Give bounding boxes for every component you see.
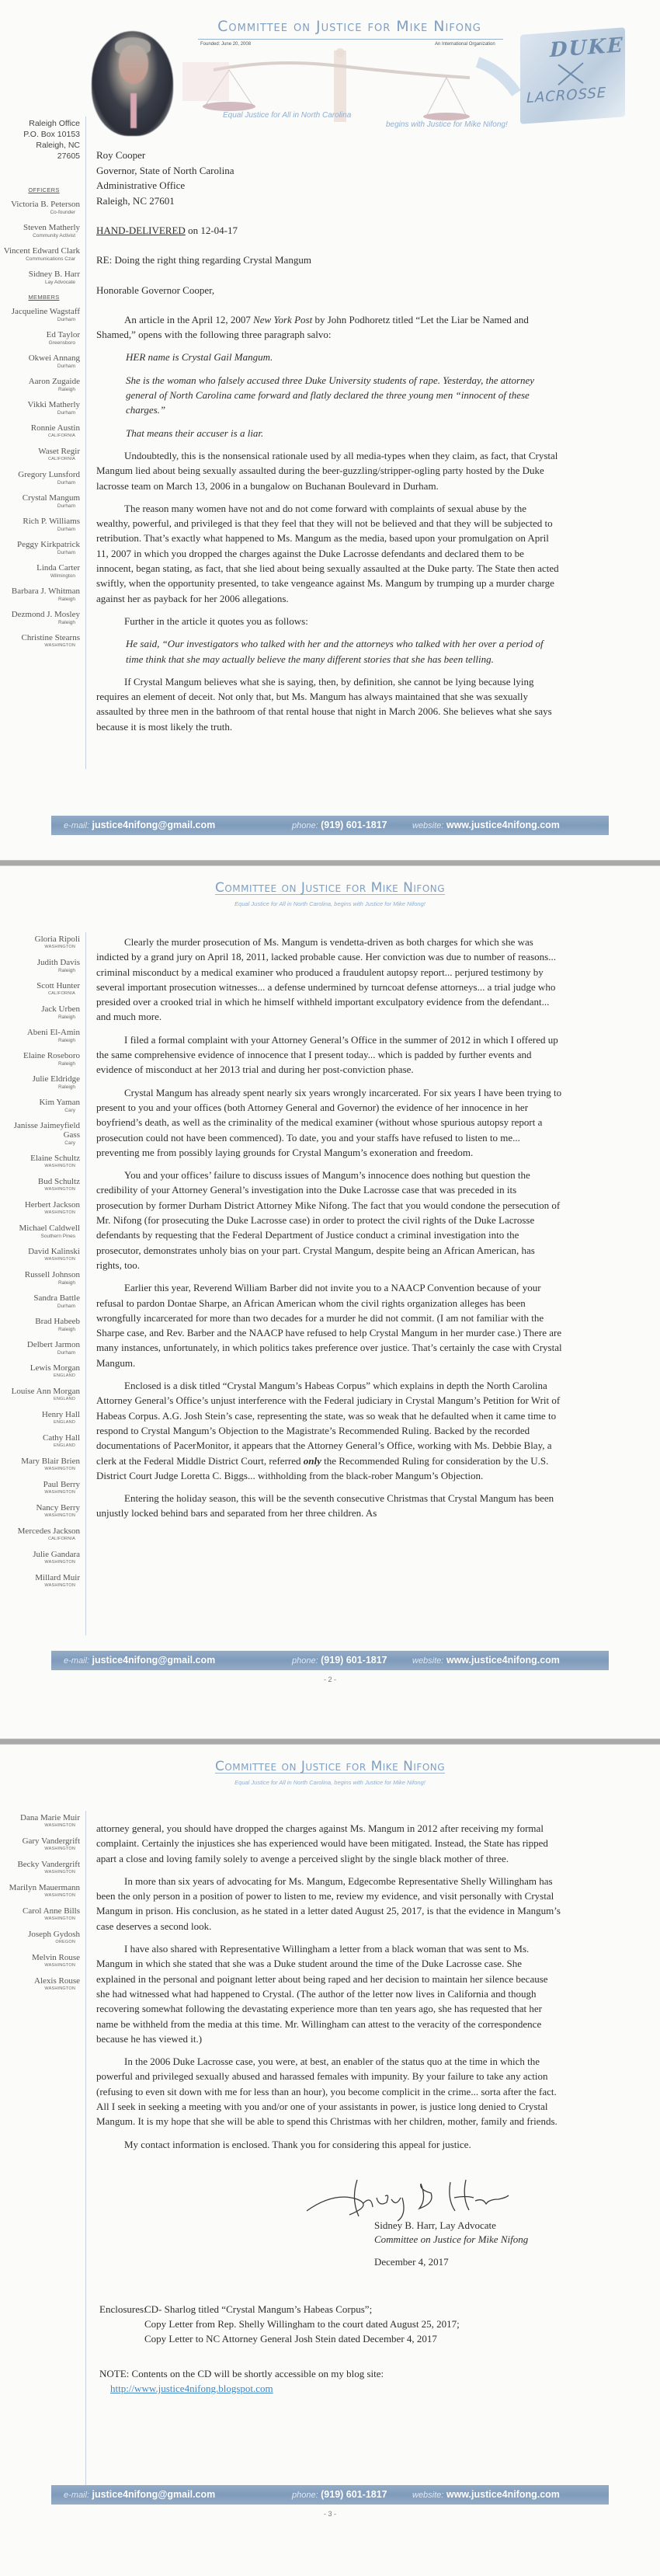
person-location: ENGLAND xyxy=(0,1443,80,1450)
logo-line1: DUKE xyxy=(550,33,624,62)
motto-part2: begins with Justice for Mike Nifong! xyxy=(386,120,508,129)
portrait-photo xyxy=(92,31,173,136)
person-name: Julie Gandara xyxy=(0,1550,80,1559)
person-name: Bud Schultz xyxy=(0,1177,80,1186)
signer-name: Sidney B. Harr, Lay Advocate xyxy=(374,2219,528,2233)
person-name: Louise Ann Morgan xyxy=(0,1387,80,1396)
person-name: Cathy Hall xyxy=(0,1433,80,1443)
person-name: Becky Vandergrift xyxy=(0,1860,80,1869)
sidebar-person: Linda CarterWilmington xyxy=(0,563,80,580)
person-name: Elaine Schultz xyxy=(0,1154,80,1163)
website-label: website: xyxy=(412,1656,443,1666)
org-title: Committee on Justice for Mike Nifong xyxy=(0,1759,660,1774)
page-separator xyxy=(0,860,660,866)
person-role: Communications Czar xyxy=(0,256,80,263)
person-name: Waset Regir xyxy=(0,447,80,456)
person-location: ENGLAND xyxy=(0,1396,80,1403)
sidebar-person: Ed TaylorGreensboro xyxy=(0,330,80,346)
paragraph: My contact information is enclosed. Than… xyxy=(96,2137,562,2152)
sidebar-person: Julie GandaraWASHINGTON xyxy=(0,1550,80,1566)
sidebar-divider xyxy=(85,932,86,1635)
sidebar-person: Dezmond J. MosleyRaleigh xyxy=(0,610,80,626)
enclosure-item: Copy Letter from Rep. Shelly Willingham … xyxy=(144,2317,460,2331)
person-location: Durham xyxy=(0,1349,80,1356)
person-location: CALIFORNIA xyxy=(0,990,80,997)
sidebar-person: Judith DavisRaleigh xyxy=(0,958,80,974)
person-name: Vincent Edward Clark xyxy=(0,246,80,256)
sidebar-person: Millard MuirWASHINGTON xyxy=(0,1573,80,1589)
person-role: Lay Advocate xyxy=(0,279,80,286)
person-name: Brad Habeeb xyxy=(0,1317,80,1326)
person-location: Raleigh xyxy=(0,619,80,626)
email-label: e-mail: xyxy=(64,2491,89,2500)
website-link[interactable]: www.justice4nifong.com xyxy=(446,820,560,830)
person-name: Delbert Jarmon xyxy=(0,1340,80,1349)
person-location: Raleigh xyxy=(0,1084,80,1091)
letter-page-2: Committee on Justice for Mike Nifong Equ… xyxy=(0,866,660,1739)
person-name: Herbert Jackson xyxy=(0,1200,80,1210)
person-location: WASHINGTON xyxy=(0,1186,80,1193)
logo-line2: LACROSSE xyxy=(526,85,606,106)
person-name: Carol Anne Bills xyxy=(0,1906,80,1916)
person-location: WASHINGTON xyxy=(0,1256,80,1263)
block-quote: That means their accuser is a liar. xyxy=(96,426,562,440)
page-number: - 3 - xyxy=(0,2510,660,2518)
sidebar-person: Herbert JacksonWASHINGTON xyxy=(0,1200,80,1217)
person-location: Raleigh xyxy=(0,967,80,974)
sidebar-person: Michael CaldwellSouthern Pines xyxy=(0,1224,80,1240)
members-heading: MEMBERS xyxy=(0,294,80,301)
email-link[interactable]: justice4nifong@gmail.com xyxy=(92,1655,216,1666)
person-name: Rich P. Williams xyxy=(0,517,80,526)
person-name: Janisse Jaimeyfield Gass xyxy=(0,1121,80,1140)
sidebar-person: Melvin RouseWASHINGTON xyxy=(0,1953,80,1969)
sidebar-person: Rich P. WilliamsDurham xyxy=(0,517,80,533)
person-location: Wilmington xyxy=(0,573,80,580)
sidebar-person: Jack UrbenRaleigh xyxy=(0,1004,80,1021)
officers-heading: OFFICERS xyxy=(0,186,80,193)
sidebar-person: Julie EldridgeRaleigh xyxy=(0,1074,80,1091)
sidebar-person: Christine StearnsWASHINGTON xyxy=(0,633,80,649)
person-location: Raleigh xyxy=(0,386,80,393)
paragraph: You and your offices’ failure to discuss… xyxy=(96,1168,562,1272)
sidebar-person: Sandra BattleDurham xyxy=(0,1293,80,1310)
delivery-line: HAND-DELIVERED on 12-04-17 xyxy=(96,223,562,238)
person-location: WASHINGTON xyxy=(0,642,80,649)
person-name: Paul Berry xyxy=(0,1480,80,1489)
enclosure-item: Copy Letter to NC Attorney General Josh … xyxy=(144,2331,437,2346)
person-location: OREGON xyxy=(0,1939,80,1946)
sidebar-person: Cathy HallENGLAND xyxy=(0,1433,80,1450)
sidebar-person: Gloria RipoliWASHINGTON xyxy=(0,935,80,951)
person-location: Durham xyxy=(0,479,80,486)
person-location: Raleigh xyxy=(0,1279,80,1286)
person-location: Durham xyxy=(0,526,80,533)
block-quote: She is the woman who falsely accused thr… xyxy=(96,373,562,418)
person-name: Sandra Battle xyxy=(0,1293,80,1303)
website-label: website: xyxy=(412,821,443,830)
signature-icon xyxy=(303,2176,512,2223)
paragraph: An article in the April 12, 2007 New Yor… xyxy=(96,312,562,343)
person-role: Co-founder xyxy=(0,209,80,216)
recipient-name: Roy Cooper xyxy=(96,148,562,163)
person-location: Durham xyxy=(0,549,80,556)
person-location: WASHINGTON xyxy=(0,1513,80,1519)
sidebar-person: Aaron ZugaideRaleigh xyxy=(0,377,80,393)
paragraph: If Crystal Mangum believes what she is s… xyxy=(96,674,562,734)
person-role: Community Activist xyxy=(0,232,80,239)
phone-number: (919) 601-1817 xyxy=(321,820,387,830)
sidebar-person: Henry HallENGLAND xyxy=(0,1410,80,1426)
phone-number: (919) 601-1817 xyxy=(321,1655,387,1666)
person-name: Mercedes Jackson xyxy=(0,1526,80,1536)
re-line: RE: Doing the right thing regarding Crys… xyxy=(96,252,562,267)
paragraph: Entering the holiday season, this will b… xyxy=(96,1491,562,1521)
person-name: David Kalinski xyxy=(0,1247,80,1256)
sidebar-person: Joseph GydoshOREGON xyxy=(0,1930,80,1946)
person-name: Jack Urben xyxy=(0,1004,80,1014)
phone-number: (919) 601-1817 xyxy=(321,2489,387,2500)
paragraph: In the 2006 Duke Lacrosse case, you were… xyxy=(96,2054,562,2129)
sidebar-person: Mary Blair BrienWASHINGTON xyxy=(0,1457,80,1473)
paragraph: Further in the article it quotes you as … xyxy=(96,614,562,628)
enclosure-item: CD- Sharlog titled “Crystal Mangum’s Hab… xyxy=(144,2302,372,2317)
enclosures-label: Enclosures: xyxy=(99,2302,144,2317)
sidebar-page3: Dana Marie MuirWASHINGTONGary Vandergrif… xyxy=(0,1813,80,2000)
person-name: Judith Davis xyxy=(0,958,80,967)
paragraph: I filed a formal complaint with your Att… xyxy=(96,1032,562,1077)
blog-link[interactable]: http://www.justice4nifong.blogspot.com xyxy=(110,2383,273,2394)
office-line: Raleigh Office xyxy=(0,118,80,129)
website-link[interactable]: www.justice4nifong.com xyxy=(446,2489,560,2500)
sidebar-person: Elaine SchultzWASHINGTON xyxy=(0,1154,80,1170)
person-name: Steven Matherly xyxy=(0,223,80,232)
signature-block: Sidney B. Harr, Lay Advocate Committee o… xyxy=(374,2219,528,2269)
sidebar-person: Sidney B. HarrLay Advocate xyxy=(0,270,80,286)
sidebar-person: Gary VandergriftWASHINGTON xyxy=(0,1836,80,1853)
paragraph: In more than six years of advocating for… xyxy=(96,1874,562,1934)
person-name: Mary Blair Brien xyxy=(0,1457,80,1466)
publication-name: New York Post xyxy=(253,314,312,325)
person-location: WASHINGTON xyxy=(0,1489,80,1496)
sidebar-person: Paul BerryWASHINGTON xyxy=(0,1480,80,1496)
person-name: Alexis Rouse xyxy=(0,1976,80,1986)
website-link[interactable]: www.justice4nifong.com xyxy=(446,1655,560,1666)
person-location: CALIFORNIA xyxy=(0,1536,80,1543)
person-location: WASHINGTON xyxy=(0,1916,80,1923)
person-name: Sidney B. Harr xyxy=(0,270,80,279)
sidebar-page1: Raleigh Office P.O. Box 10153 Raleigh, N… xyxy=(0,118,80,656)
phone-label: phone: xyxy=(292,1656,318,1666)
person-name: Kim Yaman xyxy=(0,1098,80,1107)
letter-page-3: Committee on Justice for Mike Nifong Equ… xyxy=(0,1745,660,2576)
paragraph: I have also shared with Representative W… xyxy=(96,1941,562,2046)
recipient-address: Roy Cooper Governor, State of North Caro… xyxy=(96,148,562,208)
email-link[interactable]: justice4nifong@gmail.com xyxy=(92,820,216,830)
person-name: Lewis Morgan xyxy=(0,1363,80,1373)
duke-lacrosse-logo: DUKE LACROSSE xyxy=(520,27,625,124)
officers-list: Victoria B. PetersonCo-founderSteven Mat… xyxy=(0,200,80,286)
person-location: WASHINGTON xyxy=(0,1559,80,1566)
title-rule xyxy=(198,39,503,40)
person-name: Michael Caldwell xyxy=(0,1224,80,1233)
contact-footer: e-mail: justice4nifong@gmail.com phone: … xyxy=(51,1651,609,1670)
delivery-date: on 12-04-17 xyxy=(186,225,238,236)
person-location: Raleigh xyxy=(0,596,80,603)
letter-page-1: Committee on Justice for Mike Nifong Fou… xyxy=(0,0,660,860)
org-motto: Equal Justice for All in North Carolina,… xyxy=(0,1779,660,1786)
person-name: Peggy Kirkpatrick xyxy=(0,540,80,549)
sidebar-person: Scott HunterCALIFORNIA xyxy=(0,981,80,997)
person-name: Julie Eldridge xyxy=(0,1074,80,1084)
sidebar-person: Marilyn MauermannWASHINGTON xyxy=(0,1883,80,1899)
letter-body-page3: attorney general, you should have droppe… xyxy=(96,1821,562,2160)
phone-label: phone: xyxy=(292,2491,318,2500)
sidebar-divider xyxy=(85,1811,86,2498)
person-location: WASHINGTON xyxy=(0,1869,80,1876)
sidebar-person: Gregory LunsfordDurham xyxy=(0,470,80,486)
person-location: WASHINGTON xyxy=(0,1986,80,1993)
enclosures: Enclosures:CD- Sharlog titled “Crystal M… xyxy=(99,2302,460,2346)
block-quote: He said, “Our investigators who talked w… xyxy=(96,636,562,667)
sidebar-person: Janisse Jaimeyfield GassCary xyxy=(0,1121,80,1147)
email-link[interactable]: justice4nifong@gmail.com xyxy=(92,2489,216,2500)
sidebar-page2: Gloria RipoliWASHINGTONJudith DavisRalei… xyxy=(0,935,80,1596)
office-line: 27605 xyxy=(0,151,80,162)
person-location: WASHINGTON xyxy=(0,944,80,951)
sidebar-person: Delbert JarmonDurham xyxy=(0,1340,80,1356)
person-name: Joseph Gydosh xyxy=(0,1930,80,1939)
paragraph: Earlier this year, Reverend William Barb… xyxy=(96,1280,562,1370)
sidebar-person: Peggy KirkpatrickDurham xyxy=(0,540,80,556)
person-name: Henry Hall xyxy=(0,1410,80,1419)
delivery-label: HAND-DELIVERED xyxy=(96,225,186,236)
person-location: WASHINGTON xyxy=(0,1210,80,1217)
sidebar-person: Victoria B. PetersonCo-founder xyxy=(0,200,80,216)
person-name: Nancy Berry xyxy=(0,1503,80,1513)
person-name: Dana Marie Muir xyxy=(0,1813,80,1822)
person-name: Okwei Annang xyxy=(0,353,80,363)
paragraph: The reason many women have not and do no… xyxy=(96,501,562,606)
person-location: Cary xyxy=(0,1107,80,1114)
letter-body-page2: Clearly the murder prosecution of Ms. Ma… xyxy=(96,935,562,1529)
person-location: Raleigh xyxy=(0,1037,80,1044)
letter-body-page1: Roy Cooper Governor, State of North Caro… xyxy=(96,148,562,742)
paragraph: Undoubtedly, this is the nonsensical rat… xyxy=(96,448,562,493)
person-name: Russell Johnson xyxy=(0,1270,80,1279)
page-separator xyxy=(0,1739,660,1745)
person-location: ENGLAND xyxy=(0,1419,80,1426)
person-location: CALIFORNIA xyxy=(0,456,80,463)
person-name: Jacqueline Wagstaff xyxy=(0,307,80,316)
sidebar-person: Barbara J. WhitmanRaleigh xyxy=(0,587,80,603)
person-name: Gloria Ripoli xyxy=(0,935,80,944)
sidebar-person: Brad HabeebRaleigh xyxy=(0,1317,80,1333)
paragraph: attorney general, you should have droppe… xyxy=(96,1821,562,1866)
sidebar-person: Bud SchultzWASHINGTON xyxy=(0,1177,80,1193)
page-number: - 2 - xyxy=(0,1676,660,1683)
person-name: Melvin Rouse xyxy=(0,1953,80,1962)
paragraph: Enclosed is a disk titled “Crystal Mangu… xyxy=(96,1378,562,1483)
person-location: Cary xyxy=(0,1140,80,1147)
person-location: WASHINGTON xyxy=(0,1962,80,1969)
person-name: Dezmond J. Mosley xyxy=(0,610,80,619)
sidebar-person: Steven MatherlyCommunity Activist xyxy=(0,223,80,239)
person-location: Durham xyxy=(0,503,80,510)
sidebar-person: Okwei AnnangDurham xyxy=(0,353,80,370)
salutation: Honorable Governor Cooper, xyxy=(96,283,562,298)
org-title: Committee on Justice for Mike Nifong xyxy=(0,880,660,896)
office-address: Raleigh Office P.O. Box 10153 Raleigh, N… xyxy=(0,118,80,162)
person-location: WASHINGTON xyxy=(0,1846,80,1853)
sidebar-person: Becky VandergriftWASHINGTON xyxy=(0,1860,80,1876)
office-line: P.O. Box 10153 xyxy=(0,129,80,140)
sidebar-person: Ronnie AustinCALIFORNIA xyxy=(0,423,80,440)
person-name: Elaine Roseboro xyxy=(0,1051,80,1060)
person-name: Ed Taylor xyxy=(0,330,80,339)
person-location: WASHINGTON xyxy=(0,1582,80,1589)
recipient-office: Administrative Office xyxy=(96,178,562,193)
person-name: Christine Stearns xyxy=(0,633,80,642)
person-name: Marilyn Mauermann xyxy=(0,1883,80,1892)
paragraph: Crystal Mangum has already spent nearly … xyxy=(96,1085,562,1160)
person-location: Southern Pines xyxy=(0,1233,80,1240)
sidebar-person: Elaine RoseboroRaleigh xyxy=(0,1051,80,1067)
person-location: Durham xyxy=(0,1303,80,1310)
sidebar-person: Dana Marie MuirWASHINGTON xyxy=(0,1813,80,1829)
recipient-title: Governor, State of North Carolina xyxy=(96,163,562,179)
sidebar-person: Nancy BerryWASHINGTON xyxy=(0,1503,80,1519)
sidebar-person: Alexis RouseWASHINGTON xyxy=(0,1976,80,1993)
website-label: website: xyxy=(412,2491,443,2500)
sidebar-person: Abeni El-AminRaleigh xyxy=(0,1028,80,1044)
person-location: WASHINGTON xyxy=(0,1163,80,1170)
sidebar-person: Vincent Edward ClarkCommunications Czar xyxy=(0,246,80,263)
email-label: e-mail: xyxy=(64,821,89,830)
members-list: Gloria RipoliWASHINGTONJudith DavisRalei… xyxy=(0,935,80,1589)
person-name: Linda Carter xyxy=(0,563,80,573)
sidebar-person: Carol Anne BillsWASHINGTON xyxy=(0,1906,80,1923)
sidebar-person: Waset RegirCALIFORNIA xyxy=(0,447,80,463)
sidebar-person: Kim YamanCary xyxy=(0,1098,80,1114)
paragraph: Clearly the murder prosecution of Ms. Ma… xyxy=(96,935,562,1025)
person-name: Gary Vandergrift xyxy=(0,1836,80,1846)
person-name: Scott Hunter xyxy=(0,981,80,990)
phone-label: phone: xyxy=(292,821,318,830)
person-name: Crystal Mangum xyxy=(0,493,80,503)
members-list: Jacqueline WagstaffDurhamEd TaylorGreens… xyxy=(0,307,80,649)
person-location: Raleigh xyxy=(0,1326,80,1333)
person-name: Victoria B. Peterson xyxy=(0,200,80,209)
sidebar-person: Crystal MangumDurham xyxy=(0,493,80,510)
lacrosse-sticks-icon xyxy=(555,61,586,87)
person-name: Vikki Matherly xyxy=(0,400,80,409)
person-location: CALIFORNIA xyxy=(0,433,80,440)
sign-date: December 4, 2017 xyxy=(374,2255,528,2269)
org-motto: Equal Justice for All in North Carolina,… xyxy=(0,900,660,907)
person-location: Durham xyxy=(0,316,80,323)
person-location: Raleigh xyxy=(0,1014,80,1021)
email-label: e-mail: xyxy=(64,1656,89,1666)
person-location: WASHINGTON xyxy=(0,1466,80,1473)
org-title: Committee on Justice for Mike Nifong xyxy=(194,18,505,35)
sidebar-person: Vikki MatherlyDurham xyxy=(0,400,80,416)
members-list: Dana Marie MuirWASHINGTONGary Vandergrif… xyxy=(0,1813,80,1993)
person-location: Greensboro xyxy=(0,339,80,346)
office-line: Raleigh, NC xyxy=(0,140,80,151)
block-quote: HER name is Crystal Gail Mangum. xyxy=(96,350,562,364)
sidebar-person: Jacqueline WagstaffDurham xyxy=(0,307,80,323)
person-location: Raleigh xyxy=(0,1060,80,1067)
person-name: Aaron Zugaide xyxy=(0,377,80,386)
emphasis: only xyxy=(304,1455,321,1467)
note-text: NOTE: Contents on the CD will be shortly… xyxy=(99,2366,384,2381)
sidebar-person: David KalinskiWASHINGTON xyxy=(0,1247,80,1263)
sidebar-person: Lewis MorganENGLAND xyxy=(0,1363,80,1380)
sidebar-person: Russell JohnsonRaleigh xyxy=(0,1270,80,1286)
person-name: Millard Muir xyxy=(0,1573,80,1582)
person-location: Durham xyxy=(0,363,80,370)
person-location: WASHINGTON xyxy=(0,1822,80,1829)
sidebar-person: Louise Ann MorganENGLAND xyxy=(0,1387,80,1403)
contact-footer: e-mail: justice4nifong@gmail.com phone: … xyxy=(51,2485,609,2505)
sidebar-person: Mercedes JacksonCALIFORNIA xyxy=(0,1526,80,1543)
signer-org: Committee on Justice for Mike Nifong xyxy=(374,2233,528,2247)
sidebar-divider xyxy=(85,117,86,769)
person-location: ENGLAND xyxy=(0,1373,80,1380)
contact-footer: e-mail: justice4nifong@gmail.com phone: … xyxy=(51,816,609,835)
person-name: Barbara J. Whitman xyxy=(0,587,80,596)
person-name: Ronnie Austin xyxy=(0,423,80,433)
person-name: Gregory Lunsford xyxy=(0,470,80,479)
person-name: Abeni El-Amin xyxy=(0,1028,80,1037)
note: NOTE: Contents on the CD will be shortly… xyxy=(99,2366,384,2396)
motto-part1: Equal Justice for All in North Carolina xyxy=(223,111,351,120)
person-location: Durham xyxy=(0,409,80,416)
person-location: WASHINGTON xyxy=(0,1892,80,1899)
recipient-city: Raleigh, NC 27601 xyxy=(96,193,562,209)
